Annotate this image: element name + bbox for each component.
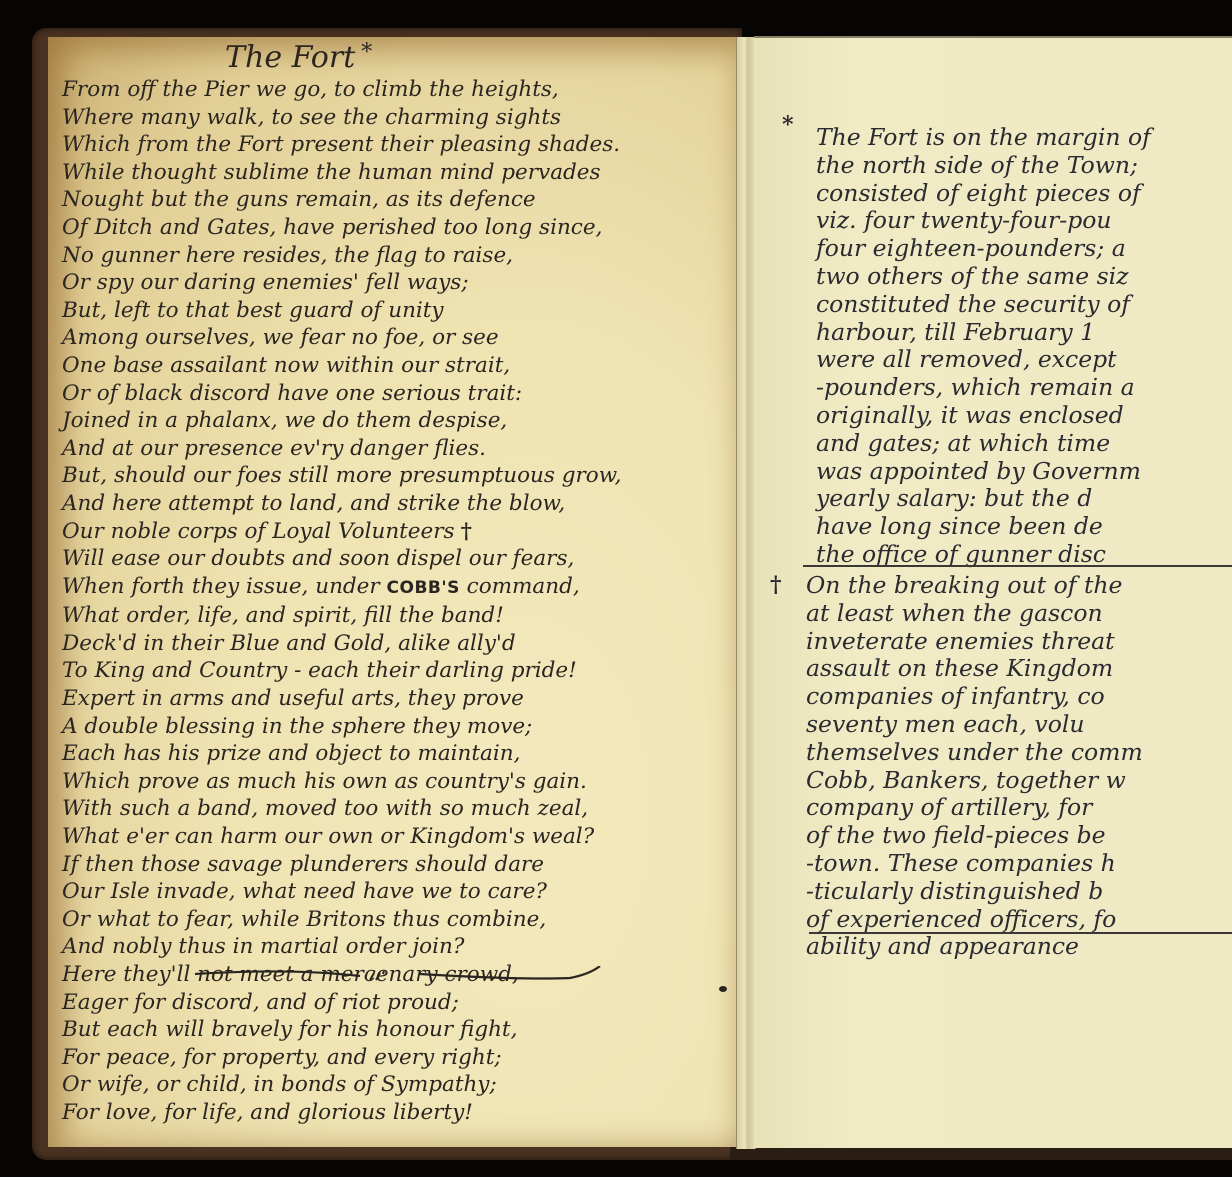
poem-line: Of Ditch and Gates, have perished too lo… — [62, 214, 621, 242]
footnote-line: assault on these Kingdom — [806, 655, 1143, 683]
asterisk-footnote-icon: * — [782, 112, 794, 138]
poem-line: While thought sublime the human mind per… — [62, 159, 621, 187]
footnote-line: two others of the same siz — [816, 263, 1151, 291]
footnote-line: consisted of eight pieces of — [816, 180, 1151, 208]
poem-line: And here attempt to land, and strike the… — [62, 490, 621, 518]
poem-line: What order, life, and spirit, fill the b… — [62, 602, 621, 630]
dagger-footnote-mark: † — [461, 519, 472, 544]
poem-line: No gunner here resides, the flag to rais… — [62, 242, 621, 270]
poem-line: And nobly thus in martial order join? — [62, 933, 621, 961]
title-text: The Fort — [225, 40, 355, 75]
page-title: The Fort* — [225, 40, 372, 75]
poem-line: With such a band, moved too with so much… — [62, 795, 621, 823]
footnote-line: -ticularly distinguished b — [806, 878, 1143, 906]
poem-line: Joined in a phalanx, we do them despise, — [62, 407, 621, 435]
footnote-line: were all removed, except — [816, 346, 1151, 374]
footnote-line: at least when the gascon — [806, 600, 1143, 628]
footnote-line: and gates; at which time — [816, 430, 1151, 458]
footnote-line: seventy men each, volu — [806, 711, 1143, 739]
poem-line: But, should our foes still more presumpt… — [62, 462, 621, 490]
poem-line-with-dagger: Our noble corps of Loyal Volunteers† — [62, 518, 621, 546]
poem-line: Which prove as much his own as country's… — [62, 768, 621, 796]
poem-line: To King and Country - each their darling… — [62, 657, 621, 685]
footnote-line: The Fort is on the margin of — [816, 124, 1151, 152]
poem-line: Our Isle invade, what need have we to ca… — [62, 878, 621, 906]
poem-line: Or of black discord have one serious tra… — [62, 380, 621, 408]
poem-line: Or wife, or child, in bonds of Sympathy; — [62, 1071, 621, 1099]
footnote-line: constituted the security of — [816, 291, 1151, 319]
footnote-line: originally, it was enclosed — [816, 402, 1151, 430]
footnote-line: harbour, till February 1 — [816, 319, 1151, 347]
poem-line: Or what to fear, while Britons thus comb… — [62, 906, 621, 934]
poem-line-text: Our noble corps of Loyal Volunteers — [62, 519, 455, 544]
footnote-line: yearly salary: but the d — [816, 485, 1151, 513]
footnote-line: Cobb, Bankers, together w — [806, 767, 1143, 795]
poem-line-tail: command, — [460, 574, 580, 599]
footnote-line: inveterate enemies threat — [806, 628, 1143, 656]
poem-line: For love, for life, and glorious liberty… — [62, 1099, 621, 1127]
end-flourish-icon — [190, 966, 610, 986]
footnote-line: -town. These companies h — [806, 850, 1143, 878]
poem-line: Or spy our daring enemies' fell ways; — [62, 269, 621, 297]
footnote-line: On the breaking out of the — [806, 572, 1143, 600]
poem-line: Expert in arms and useful arts, they pro… — [62, 685, 621, 713]
footnote-line: four eighteen-pounders; a — [816, 235, 1151, 263]
dagger-footnote-icon: † — [770, 572, 782, 598]
poem-line: From off the Pier we go, to climb the he… — [62, 76, 621, 104]
poem-line: Deck'd in their Blue and Gold, alike all… — [62, 630, 621, 658]
poem-line-cobb: When forth they issue, under COBB'S comm… — [62, 573, 621, 603]
poem-line: For peace, for property, and every right… — [62, 1044, 621, 1072]
footnote-fort: The Fort is on the margin of the north s… — [816, 124, 1151, 569]
poem-line: One base assailant now within our strait… — [62, 352, 621, 380]
poem-line-text: When forth they issue, under — [62, 574, 380, 599]
poem-line: But each will bravely for his honour fig… — [62, 1016, 621, 1044]
poem-line: If then those savage plunderers should d… — [62, 851, 621, 879]
footnote-line: have long since been de — [816, 513, 1151, 541]
poem-line: And at our presence ev'ry danger flies. — [62, 435, 621, 463]
asterisk-footnote-mark: * — [361, 40, 372, 65]
footnote-line: viz. four twenty-four-pou — [816, 207, 1151, 235]
book-spine — [736, 37, 756, 1149]
poem-line: But, left to that best guard of unity — [62, 297, 621, 325]
footnote-line: themselves under the comm — [806, 739, 1143, 767]
poem-line: Which from the Fort present their pleasi… — [62, 131, 621, 159]
footnote-divider — [803, 565, 1232, 567]
footnote-line: ability and appearance — [806, 933, 1143, 961]
cobb-emphasis: COBB'S — [387, 578, 460, 598]
footnote-line: of experienced officers, fo — [806, 906, 1143, 934]
footnote-line: -pounders, which remain a — [816, 374, 1151, 402]
poem-line: Among ourselves, we fear no foe, or see — [62, 324, 621, 352]
poem-line: Will ease our doubts and soon dispel our… — [62, 545, 621, 573]
footnote-line: of the two field-pieces be — [806, 822, 1143, 850]
ink-spot — [719, 986, 727, 992]
poem-line: Nought but the guns remain, as its defen… — [62, 186, 621, 214]
footnote-line: the north side of the Town; — [816, 152, 1151, 180]
poem-line: A double blessing in the sphere they mov… — [62, 713, 621, 741]
footnote-line: was appointed by Governm — [816, 458, 1151, 486]
footnote-volunteers: On the breaking out of the at least when… — [806, 572, 1143, 961]
footnote-line: company of artillery, for — [806, 794, 1143, 822]
poem-line: Each has his prize and object to maintai… — [62, 740, 621, 768]
footnote-end-divider — [809, 932, 1232, 934]
footnote-line: companies of infantry, co — [806, 683, 1143, 711]
poem-line: Where many walk, to see the charming sig… — [62, 104, 621, 132]
poem-line: Eager for discord, and of riot proud; — [62, 989, 621, 1017]
poem-line: What e'er can harm our own or Kingdom's … — [62, 823, 621, 851]
